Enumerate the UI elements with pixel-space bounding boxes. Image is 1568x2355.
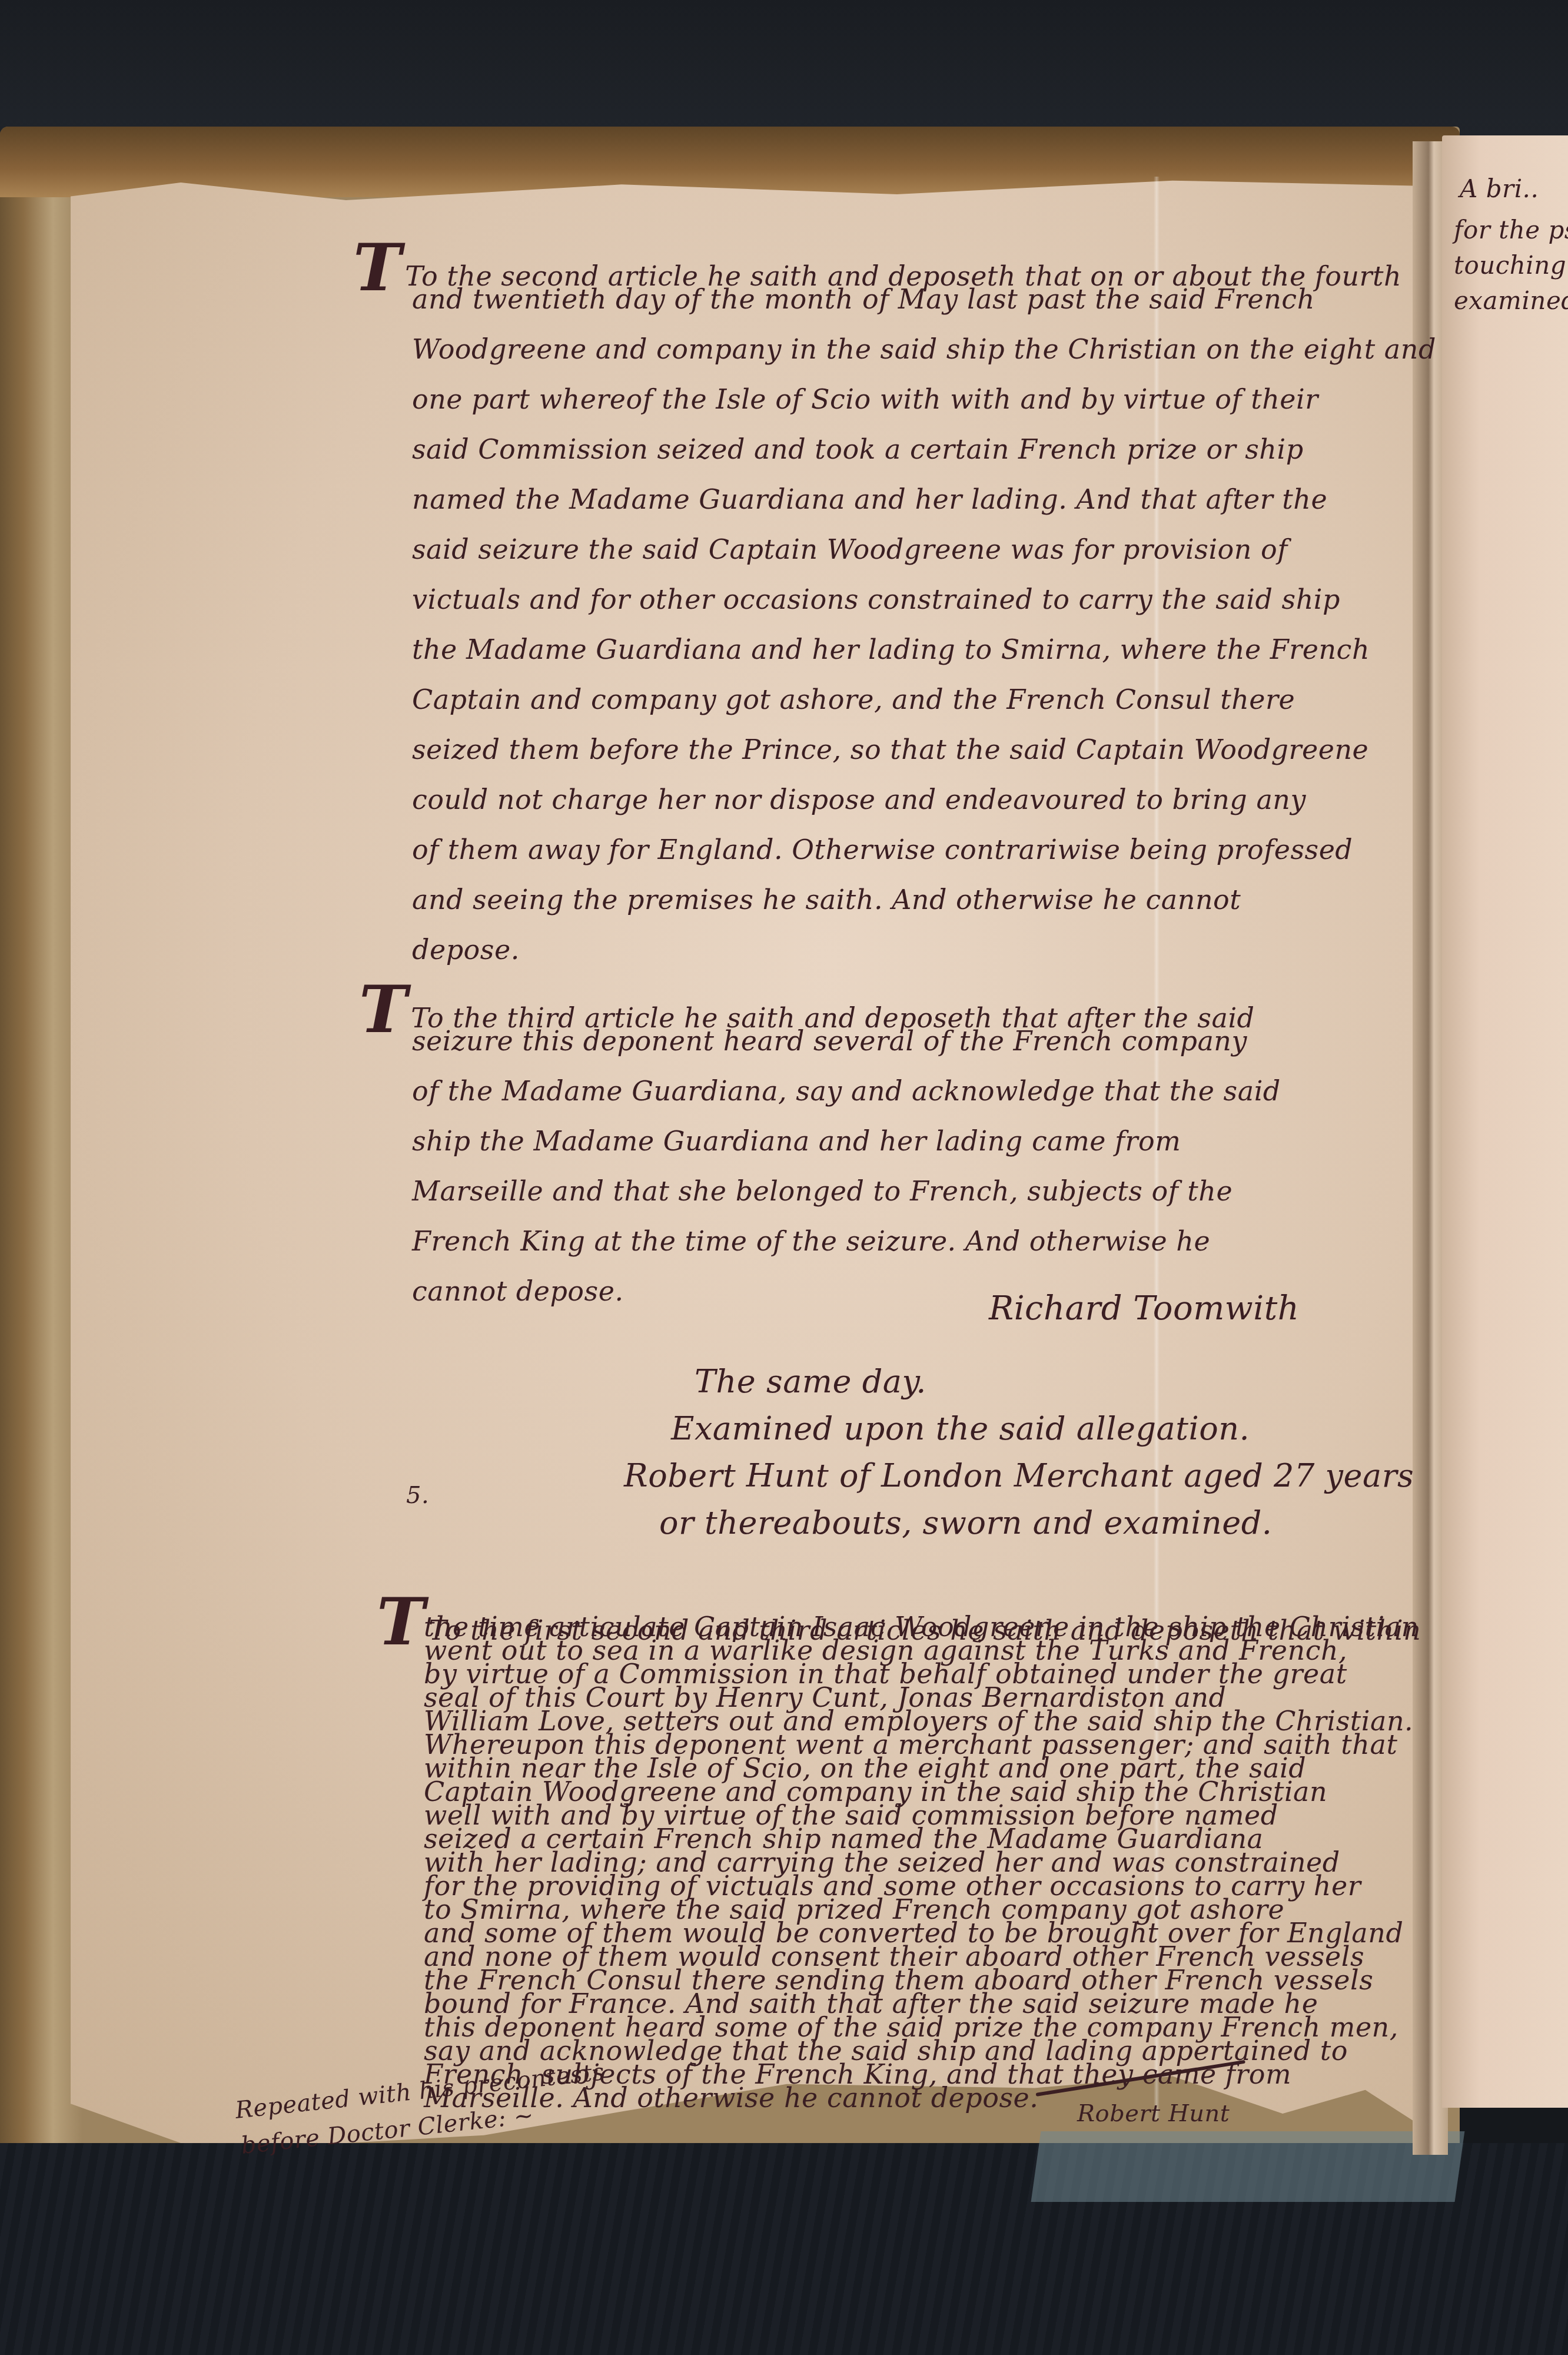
text-line: could not charge her nor dispose and end… [412,786,1306,813]
decorated-initial: T [359,971,407,1047]
text-line: French King at the time of the seizure. … [412,1228,1210,1255]
decorated-initial: T [377,1584,425,1660]
text-line: cannot depose. [412,1278,624,1305]
text-line: said seizure the said Captain Woodgreene… [412,536,1288,563]
text-line: depose. [412,936,520,963]
signature-first-deponent: Richard Toomwith [989,1292,1299,1325]
text-line: seized them before the Prince, so that t… [412,736,1368,763]
photo-backdrop-top [0,0,1568,135]
signature-robert-hunt: Robert Hunt [1077,2102,1230,2125]
day-heading: The same day. [695,1366,926,1398]
text-line: victuals and for other occasions constra… [412,586,1340,613]
text-line: Captain and company got ashore, and the … [412,686,1295,713]
examined-heading: Examined upon the said allegation. [671,1413,1250,1445]
text-line: Marseille and that she belonged to Frenc… [412,1177,1233,1205]
text-line: the Madame Guardiana and her lading to S… [412,636,1370,663]
margin-number: 5. [406,1484,429,1507]
text-line: one part whereof the Isle of Scio with w… [412,386,1318,413]
text-line: A bri.. [1460,177,1539,201]
text-line: examined [1454,288,1568,313]
text-line: of them away for England. Otherwise cont… [412,836,1353,863]
text-line: and seeing the premises he saith. And ot… [412,886,1241,913]
text-line: for the ps.. [1454,218,1568,243]
witness-line: or thereabouts, sworn and examined. [659,1507,1272,1539]
text-line: said Commission seized and took a certai… [412,436,1304,463]
text-line: and twentieth day of the month of May la… [412,286,1315,313]
text-line: ship the Madame Guardiana and her lading… [412,1127,1181,1155]
text-line: of the Madame Guardiana, say and acknowl… [412,1077,1281,1104]
table-edge [1031,2131,1465,2202]
text-line: named the Madame Guardiana and her ladin… [412,486,1327,513]
text-line: Woodgreene and company in the said ship … [412,336,1436,363]
decorated-initial: T [353,230,401,306]
text-line: touching W.. [1454,253,1568,278]
witness-line: Robert Hunt of London Merchant aged 27 y… [624,1460,1414,1492]
facing-page [1442,135,1568,2108]
text-line: seizure this deponent heard several of t… [412,1027,1247,1054]
